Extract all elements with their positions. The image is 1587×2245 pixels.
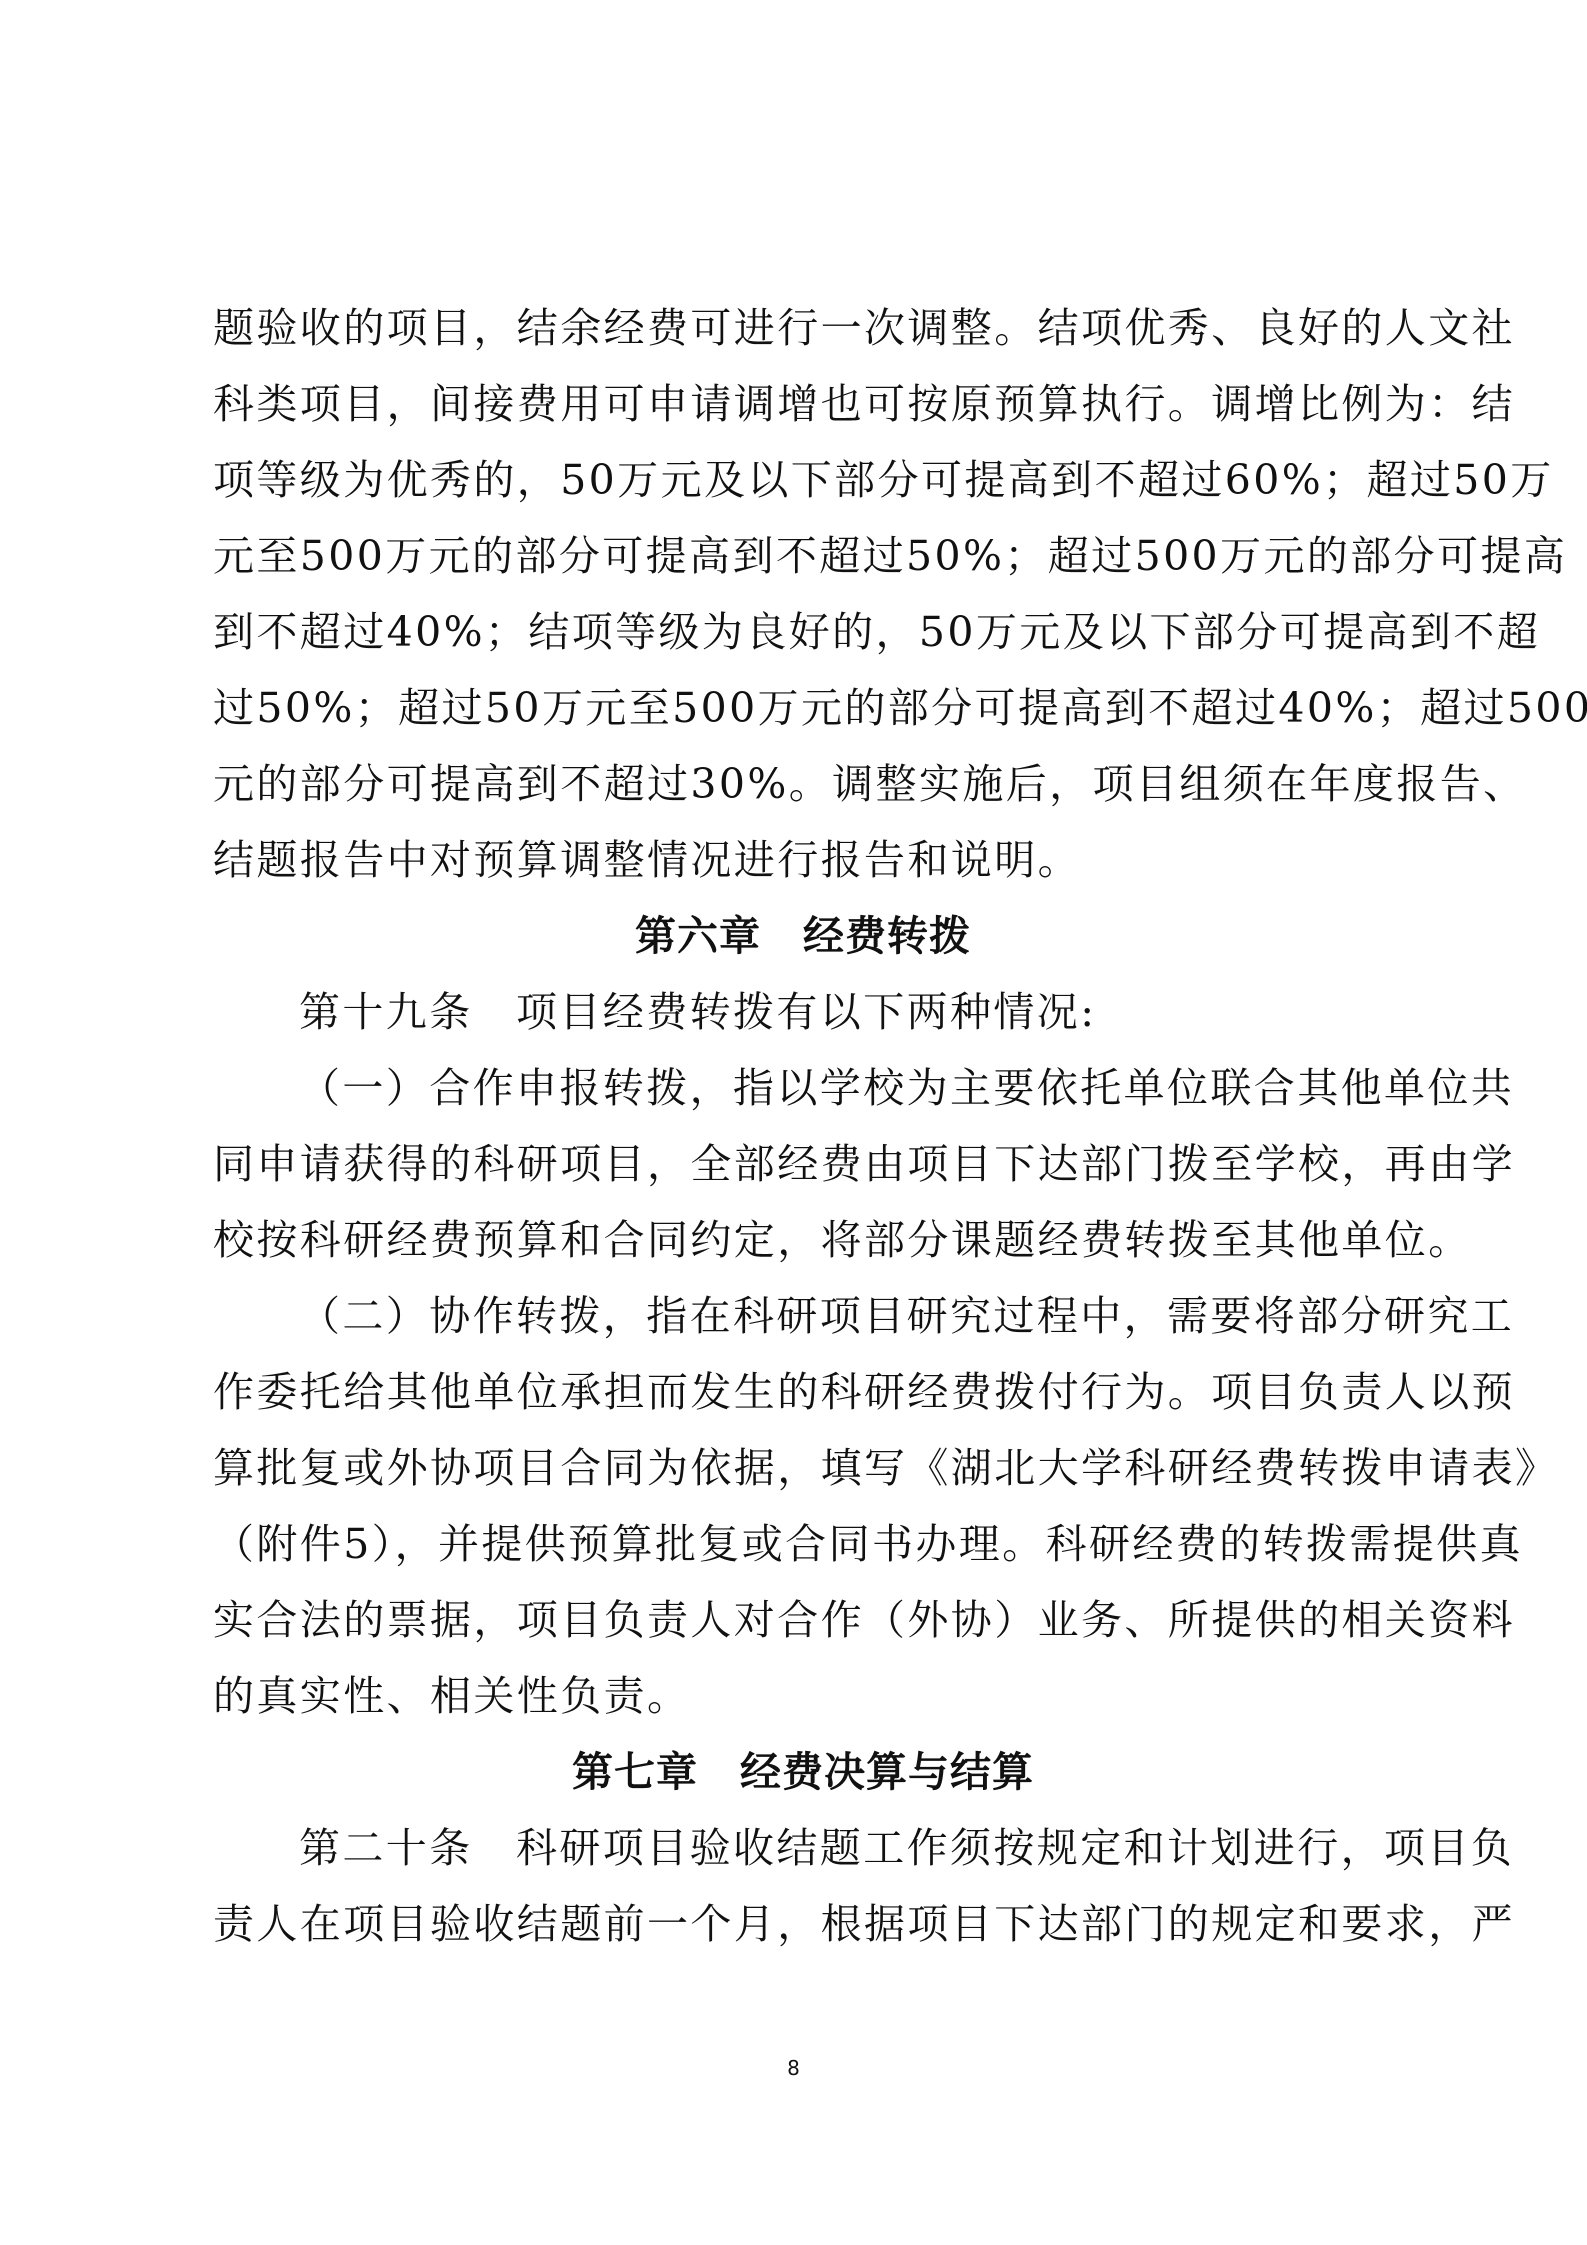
text-line: 过50%；超过50万元至500万元的部分可提高到不超过40%；超过500万 <box>213 670 1393 746</box>
text-line: 第二十条 科研项目验收结题工作须按规定和计划进行，项目负 <box>213 1810 1393 1886</box>
text-line: 结题报告中对预算调整情况进行报告和说明。 <box>213 822 1393 898</box>
text-line: （二）协作转拨，指在科研项目研究过程中，需要将部分研究工 <box>213 1278 1393 1354</box>
text-line: 科类项目，间接费用可申请调增也可按原预算执行。调增比例为：结 <box>213 366 1393 442</box>
chapter-7-heading: 第七章 经费决算与结算 <box>213 1734 1393 1810</box>
page-number: 8 <box>0 2056 1587 2080</box>
text-line: 校按科研经费预算和合同约定，将部分课题经费转拨至其他单位。 <box>213 1202 1393 1278</box>
text-line: 元的部分可提高到不超过30%。调整实施后，项目组须在年度报告、 <box>213 746 1393 822</box>
document-page: 题验收的项目，结余经费可进行一次调整。结项优秀、良好的人文社 科类项目，间接费用… <box>0 0 1587 2245</box>
article-19-item-1: （一）合作申报转拨，指以学校为主要依托单位联合其他单位共 同申请获得的科研项目，… <box>213 1050 1393 1278</box>
text-line: 的真实性、相关性负责。 <box>213 1658 1393 1734</box>
text-line: 到不超过40%；结项等级为良好的，50万元及以下部分可提高到不超 <box>213 594 1393 670</box>
text-line: 题验收的项目，结余经费可进行一次调整。结项优秀、良好的人文社 <box>213 290 1393 366</box>
article-19: 第十九条 项目经费转拨有以下两种情况: <box>213 974 1393 1050</box>
text-line: 同申请获得的科研项目，全部经费由项目下达部门拨至学校，再由学 <box>213 1126 1393 1202</box>
text-line: 算批复或外协项目合同为依据，填写《湖北大学科研经费转拨申请表》 <box>213 1430 1393 1506</box>
text-line: 实合法的票据，项目负责人对合作（外协）业务、所提供的相关资料 <box>213 1582 1393 1658</box>
text-line: （附件5），并提供预算批复或合同书办理。科研经费的转拨需提供真 <box>213 1506 1393 1582</box>
article-19-item-2: （二）协作转拨，指在科研项目研究过程中，需要将部分研究工 作委托给其他单位承担而… <box>213 1278 1393 1734</box>
text-line: 第十九条 项目经费转拨有以下两种情况: <box>213 974 1393 1050</box>
page-content: 题验收的项目，结余经费可进行一次调整。结项优秀、良好的人文社 科类项目，间接费用… <box>213 290 1393 1962</box>
text-line: 元至500万元的部分可提高到不超过50%；超过500万元的部分可提高 <box>213 518 1393 594</box>
text-line: （一）合作申报转拨，指以学校为主要依托单位联合其他单位共 <box>213 1050 1393 1126</box>
paragraph-budget-adjustment: 题验收的项目，结余经费可进行一次调整。结项优秀、良好的人文社 科类项目，间接费用… <box>213 290 1393 898</box>
text-line: 责人在项目验收结题前一个月，根据项目下达部门的规定和要求，严 <box>213 1886 1393 1962</box>
article-20: 第二十条 科研项目验收结题工作须按规定和计划进行，项目负 责人在项目验收结题前一… <box>213 1810 1393 1962</box>
chapter-6-heading: 第六章 经费转拨 <box>213 898 1393 974</box>
text-line: 作委托给其他单位承担而发生的科研经费拨付行为。项目负责人以预 <box>213 1354 1393 1430</box>
text-line: 项等级为优秀的，50万元及以下部分可提高到不超过60%；超过50万 <box>213 442 1393 518</box>
